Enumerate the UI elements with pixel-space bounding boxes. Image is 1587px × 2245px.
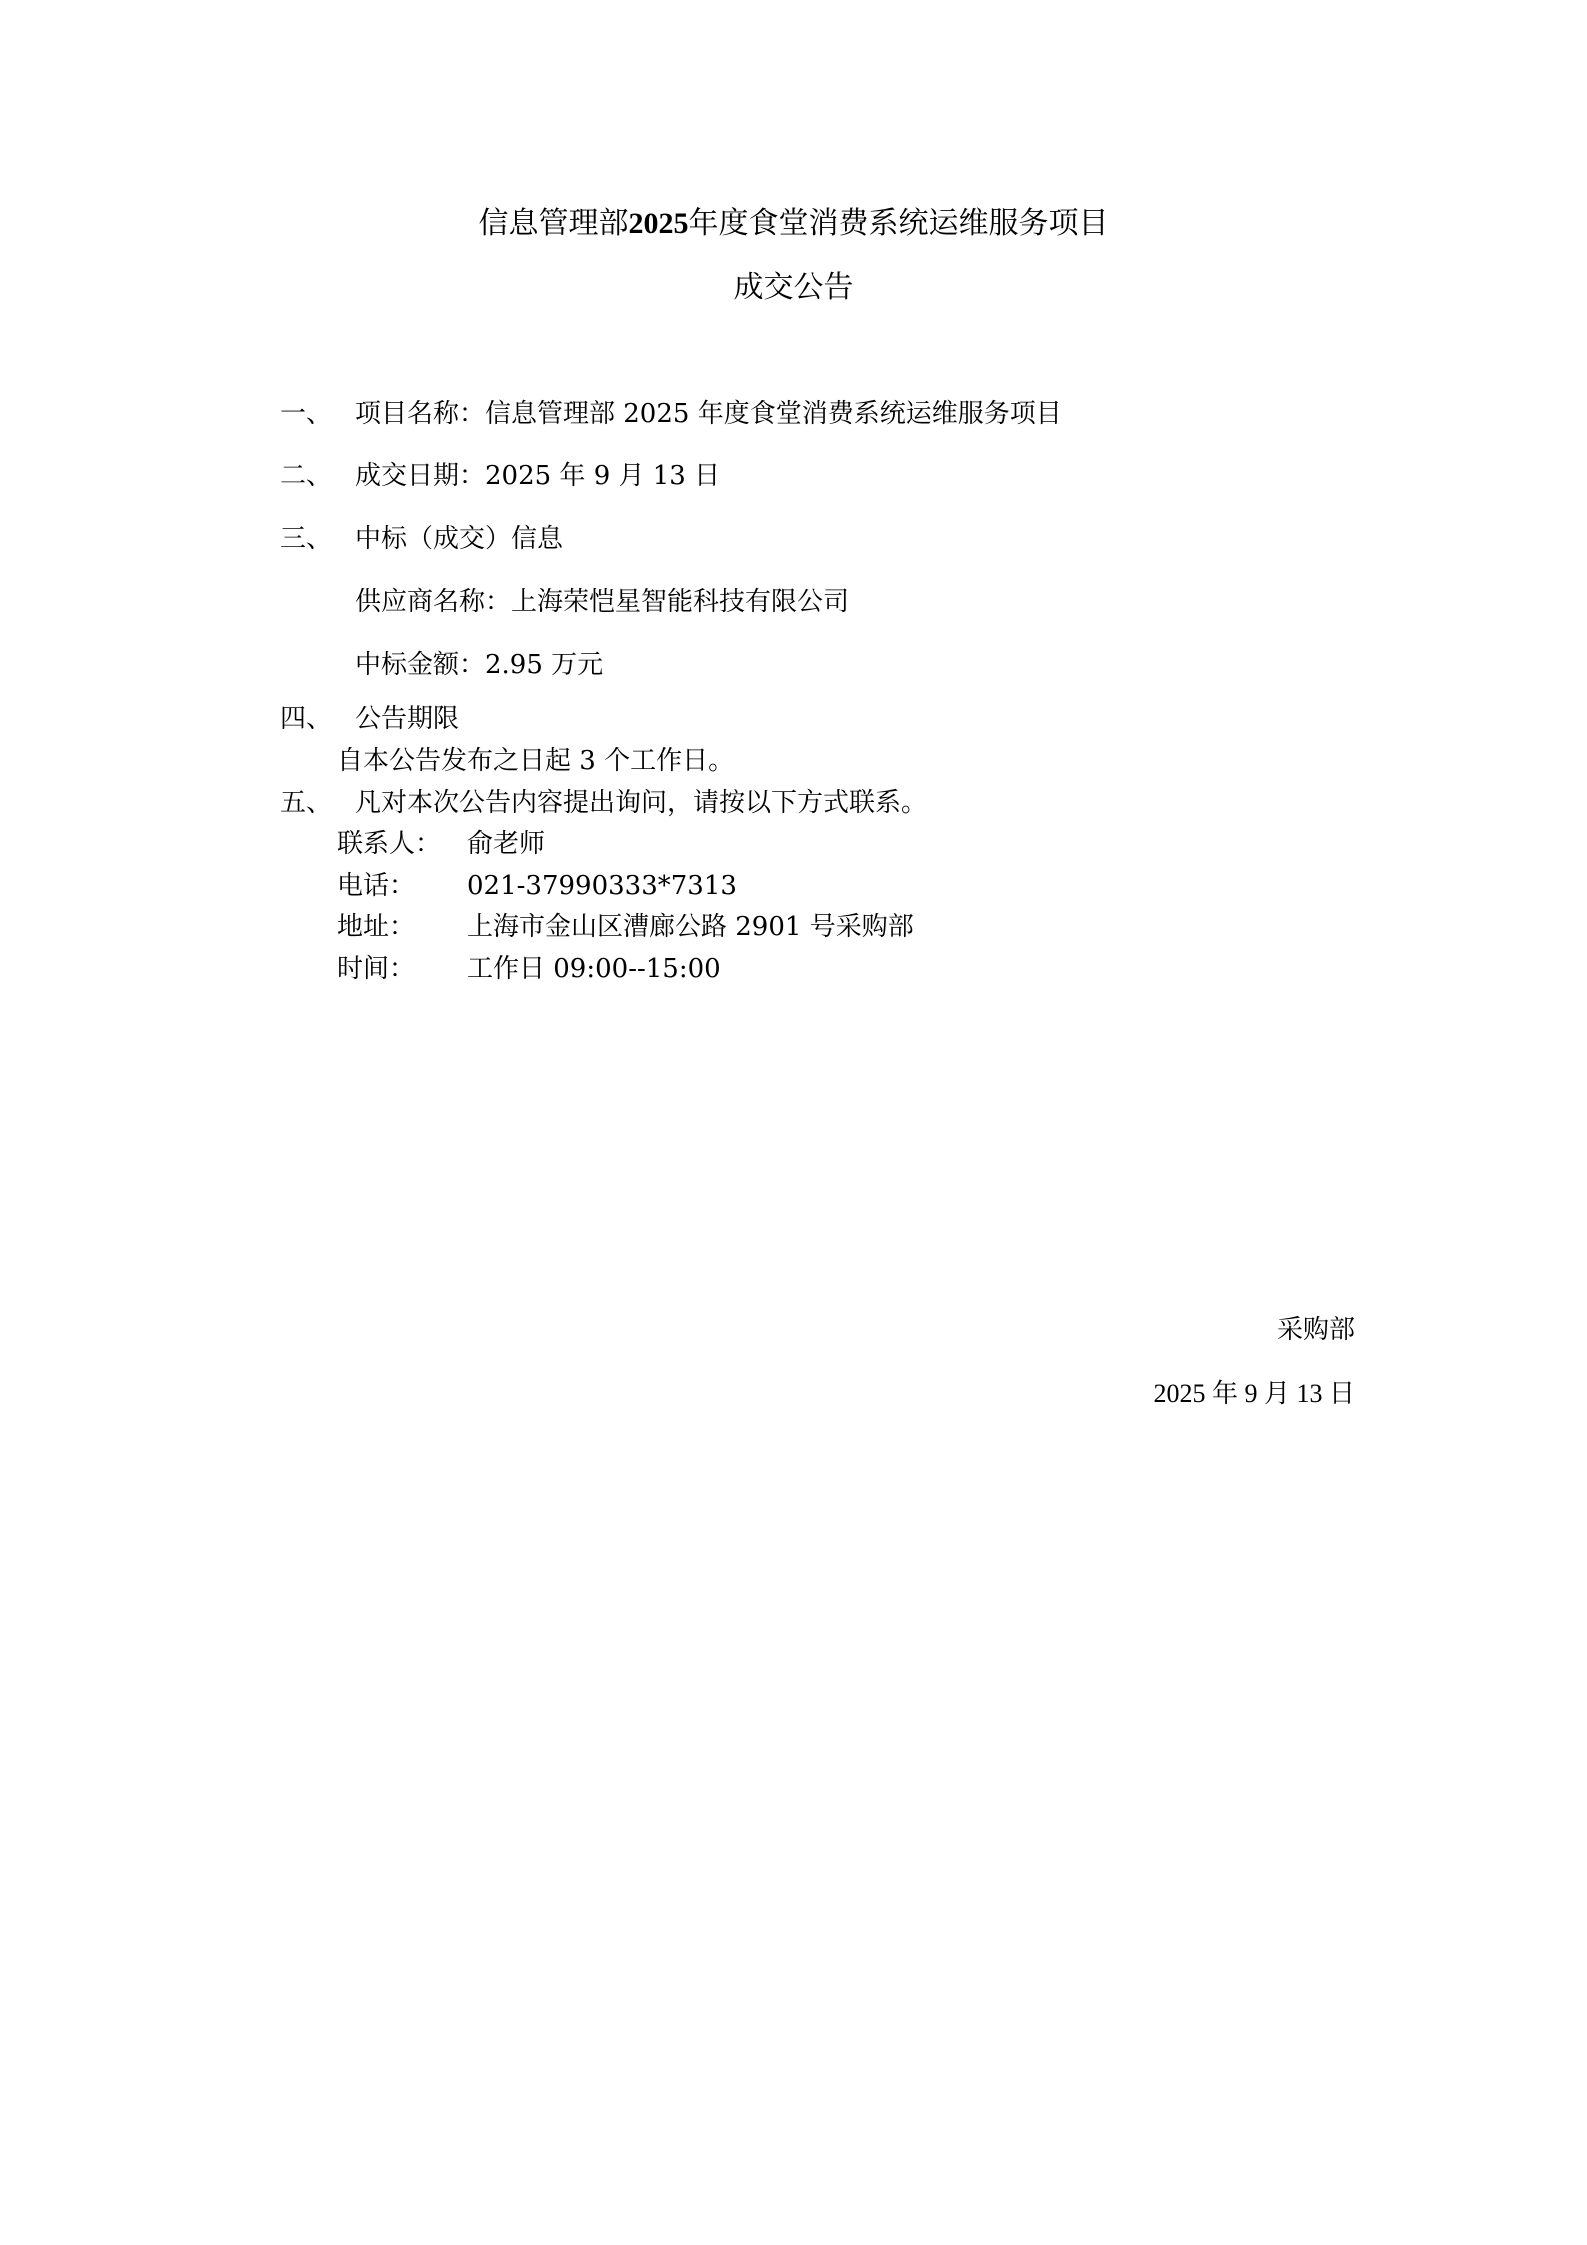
document-subtitle: 成交公告 — [0, 268, 1587, 308]
title-year: 2025 — [629, 207, 689, 240]
phone-value: 021-37990333*7313 — [467, 869, 737, 903]
section-3-heading: 中标（成交）信息 — [355, 522, 563, 556]
hours-value: 工作日 09:00--15:00 — [467, 952, 721, 986]
supplier-name: 供应商名称：上海荣恺星智能科技有限公司 — [355, 585, 849, 619]
title-suffix: 年度食堂消费系统运维服务项目 — [689, 206, 1109, 241]
section-2-number: 二、 — [280, 459, 332, 493]
hours-label: 时间： — [337, 952, 415, 986]
announcement-period: 自本公告发布之日起 3 个工作日。 — [337, 744, 734, 778]
section-4-heading: 公告期限 — [355, 702, 459, 736]
bid-amount: 中标金额：2.95 万元 — [355, 648, 603, 682]
section-4-number: 四、 — [280, 702, 332, 736]
document-page: 信息管理部2025年度食堂消费系统运维服务项目 成交公告 一、 项目名称：信息管… — [0, 0, 1587, 2245]
section-1-number: 一、 — [280, 397, 332, 431]
contact-person-value: 俞老师 — [467, 827, 545, 861]
section-2-date: 成交日期：2025 年 9 月 13 日 — [355, 459, 720, 493]
signature-department: 采购部 — [1277, 1313, 1355, 1347]
contact-person-label: 联系人： — [337, 827, 441, 861]
section-5-number: 五、 — [280, 786, 332, 820]
title-prefix: 信息管理部 — [479, 206, 629, 241]
address-value: 上海市金山区漕廊公路 2901 号采购部 — [467, 910, 914, 944]
section-1-project-name: 项目名称：信息管理部 2025 年度食堂消费系统运维服务项目 — [355, 397, 1062, 431]
address-label: 地址： — [337, 910, 415, 944]
section-5-heading: 凡对本次公告内容提出询问，请按以下方式联系。 — [355, 786, 927, 820]
signature-date: 2025 年 9 月 13 日 — [1153, 1377, 1355, 1411]
phone-label: 电话： — [337, 869, 415, 903]
document-title: 信息管理部2025年度食堂消费系统运维服务项目 — [0, 204, 1587, 244]
section-3-number: 三、 — [280, 522, 332, 556]
